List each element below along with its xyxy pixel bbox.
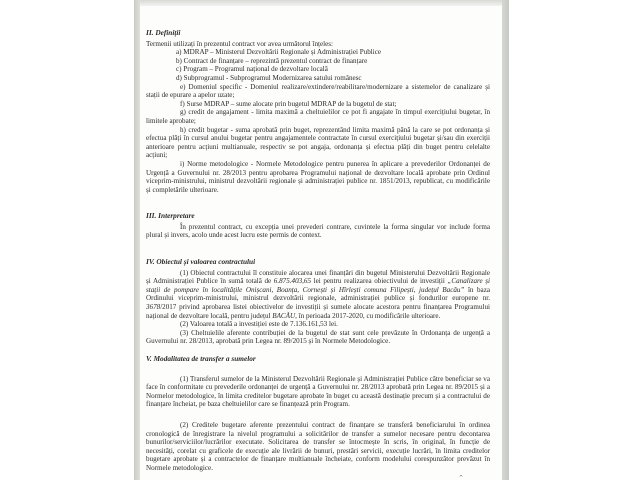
spacer bbox=[146, 409, 490, 421]
definitions-intro: Termenii utilizați în prezentul contract… bbox=[146, 40, 490, 49]
object-text-part2: lei pentru realizarea obiectivului de in… bbox=[311, 277, 447, 285]
section-heading-interpretation: III. Interpretare bbox=[146, 212, 490, 221]
section-heading-transfer: V. Modalitatea de transfer a sumelor bbox=[146, 355, 490, 364]
definition-item-d: d) Subprogramul - Subprogramul Moderniza… bbox=[146, 74, 490, 83]
order-number: 3678 bbox=[146, 303, 160, 311]
scanned-page: II. Definiții Termenii utilizați în prez… bbox=[140, 6, 502, 480]
transfer-paragraph-2: (2) Creditele bugetare aferente prezentu… bbox=[146, 421, 490, 473]
interpretation-text: În prezentul contract, cu excepția unei … bbox=[146, 223, 490, 240]
definition-item-i: i) Norme metodologice - Normele Metodolo… bbox=[146, 160, 490, 194]
spacer bbox=[146, 240, 490, 258]
document-body: II. Definiții Termenii utilizați în prez… bbox=[146, 29, 490, 473]
object-paragraph-1: (1) Obiectul contractului îl constituie … bbox=[146, 269, 490, 321]
definition-item-a: a) MDRAP – Ministerul Dezvoltării Region… bbox=[146, 48, 490, 57]
county-name: BACĂU bbox=[272, 312, 295, 320]
spacer bbox=[146, 194, 490, 212]
financing-amount: 6.875.403,65 bbox=[274, 277, 311, 285]
section-heading-definitions: II. Definiții bbox=[146, 29, 490, 38]
definition-item-c: c) Program – Programul național de dezvo… bbox=[146, 65, 490, 74]
object-paragraph-3: (3) Cheltuielile aferente contribuției d… bbox=[146, 329, 490, 346]
definition-item-h: h) credit bugetar - suma aprobată prin b… bbox=[146, 126, 490, 160]
object-paragraph-2: (2) Valoarea totală a investiției este d… bbox=[146, 320, 490, 329]
scan-right-shadow bbox=[502, 0, 509, 480]
page-mark: ^ bbox=[459, 475, 463, 480]
spacer bbox=[146, 366, 490, 375]
section-heading-object-value: IV. Obiectul și valoarea contractului bbox=[146, 258, 490, 267]
definition-item-f: f) Surse MDRAP – sume alocate prin buget… bbox=[146, 100, 490, 109]
definition-item-e: e) Domeniul specific - Domeniul realizar… bbox=[146, 83, 490, 100]
object-text-part5: , în perioada 2017-2020, cu modificările… bbox=[295, 312, 440, 320]
definition-item-b: b) Contract de finanțare – reprezintă pr… bbox=[146, 57, 490, 66]
definition-item-g: g) credit de angajament - limita maximă … bbox=[146, 108, 490, 125]
transfer-paragraph-1: (1) Transferul sumelor de la Ministerul … bbox=[146, 375, 490, 409]
